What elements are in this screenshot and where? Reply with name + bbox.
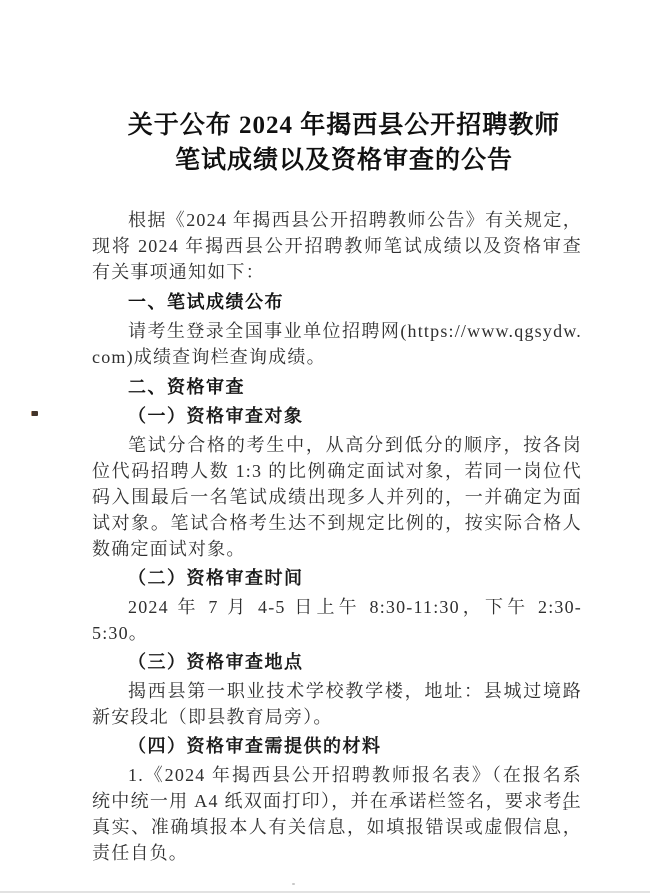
subsection-3-heading: （三）资格审查地点 — [92, 649, 582, 675]
document-title-line2: 笔试成绩以及资格审查的公告 — [106, 143, 582, 178]
subsection-2-heading: （二）资格审查时间 — [92, 565, 582, 591]
scanned-document-page: 关于公布 2024 年揭西县公开招聘教师 笔试成绩以及资格审查的公告 根据《20… — [0, 0, 650, 893]
scan-speck-artifact — [31, 411, 38, 416]
section-2-heading: 二、资格审查 — [92, 374, 582, 400]
scan-speck-faint — [292, 883, 295, 885]
document-title: 关于公布 2024 年揭西县公开招聘教师 笔试成绩以及资格审查的公告 — [92, 108, 582, 178]
document-title-line1: 关于公布 2024 年揭西县公开招聘教师 — [106, 108, 582, 143]
subsection-1-heading: （一）资格审查对象 — [92, 403, 582, 429]
section-1-body: 请考生登录全国事业单位招聘网(https://www.qgsydw.com)成绩… — [92, 318, 582, 370]
subsection-4-body: 1.《2024 年揭西县公开招聘教师报名表》（在报名系统中统一用 A4 纸双面打… — [92, 762, 582, 866]
document-body: 关于公布 2024 年揭西县公开招聘教师 笔试成绩以及资格审查的公告 根据《20… — [92, 108, 582, 866]
subsection-2-body: 2024 年 7 月 4-5 日上午 8:30-11:30，下午 2:30-5:… — [92, 594, 582, 646]
intro-paragraph: 根据《2024 年揭西县公开招聘教师公告》有关规定，现将 2024 年揭西县公开… — [92, 207, 582, 285]
section-1-heading: 一、笔试成绩公布 — [92, 289, 582, 315]
subsection-4-heading: （四）资格审查需提供的材料 — [92, 733, 582, 759]
subsection-3-body: 揭西县第一职业技术学校教学楼，地址：县城过境路新安段北（即县教育局旁）。 — [92, 678, 582, 730]
subsection-1-body: 笔试分合格的考生中，从高分到低分的顺序，按各岗位代码招聘人数 1:3 的比例确定… — [92, 432, 582, 562]
page-number: - 1 - — [550, 798, 582, 814]
